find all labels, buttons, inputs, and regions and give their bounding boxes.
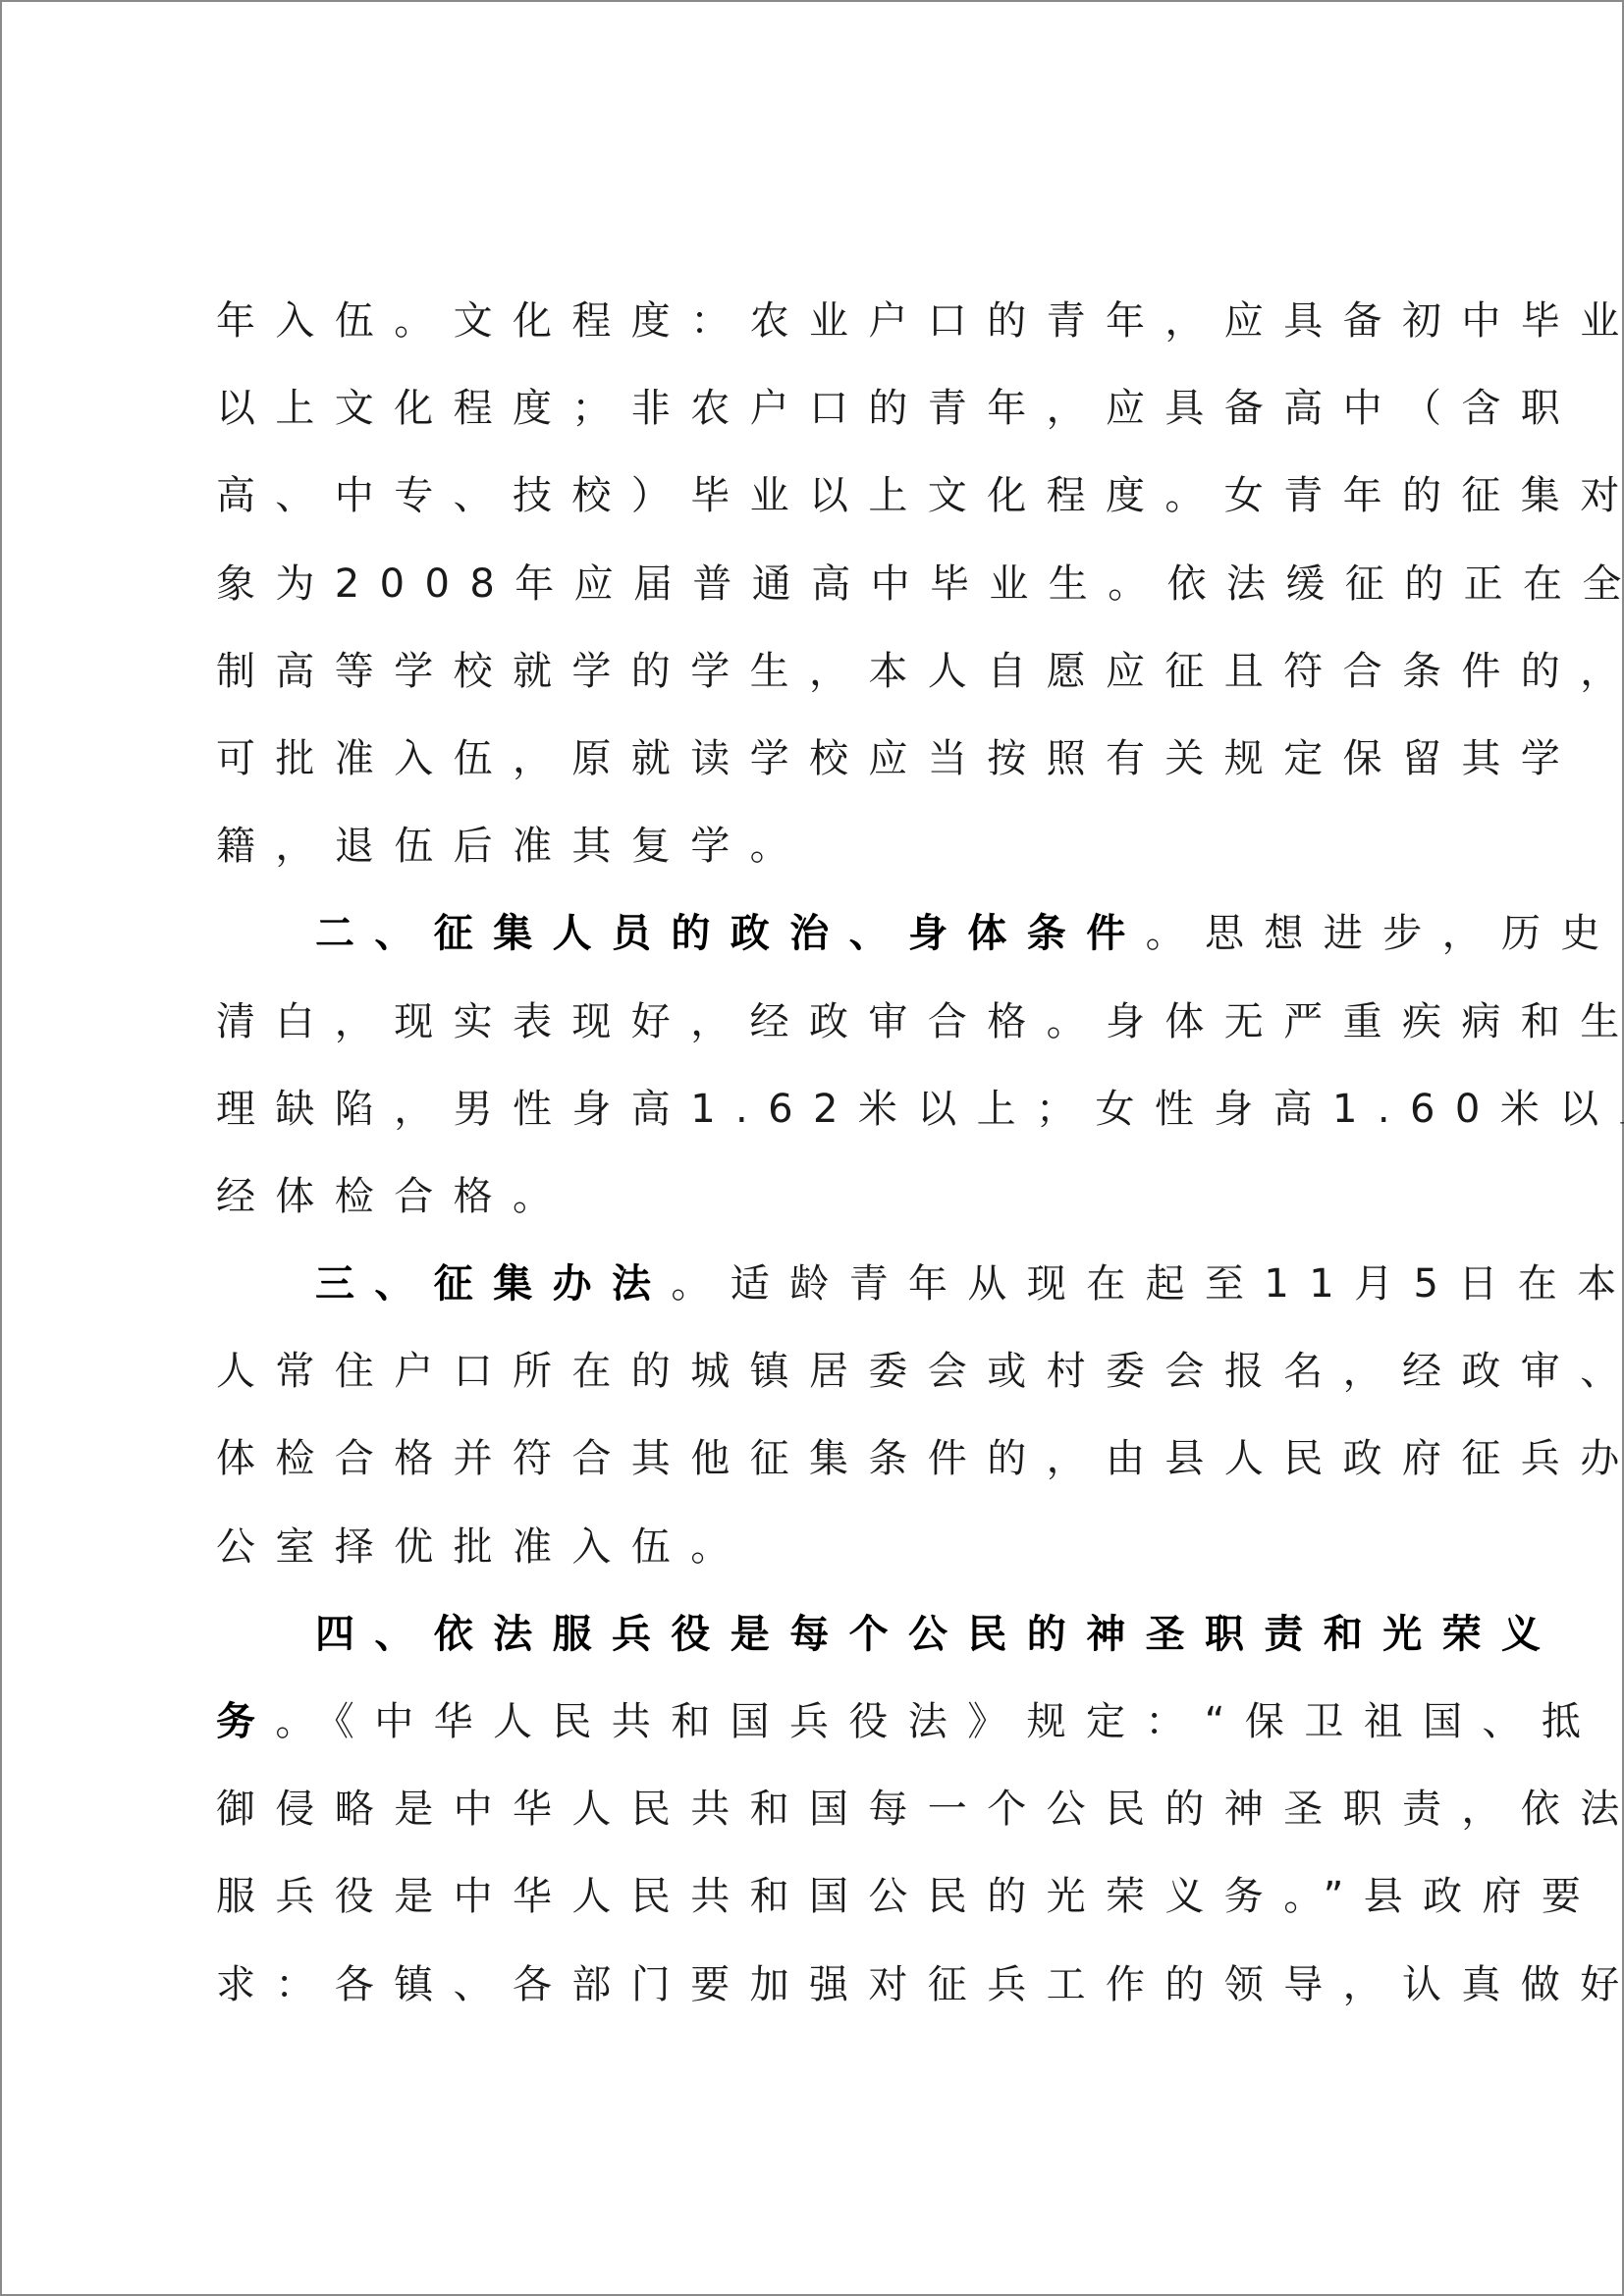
text-line: 体检合格并符合其他征集条件的，由县人民政府征兵办 bbox=[216, 1434, 1434, 1522]
text-line: 年入伍。文化程度：农业户口的青年，应具备初中毕业 bbox=[216, 296, 1434, 384]
section-heading: 四、依法服兵役是每个公民的神圣职责和光荣义 bbox=[315, 1612, 1560, 1657]
document-page: 年入伍。文化程度：农业户口的青年，应具备初中毕业 以上文化程度；非农户口的青年，… bbox=[0, 0, 1624, 2296]
section-heading: 三、征集办法 bbox=[315, 1261, 671, 1307]
text-line: 清白，现实表现好，经政审合格。身体无严重疾病和生 bbox=[216, 997, 1434, 1085]
text-line: 三、征集办法。适龄青年从现在起至11月5日在本 bbox=[216, 1259, 1434, 1347]
text-line: 务。《中华人民共和国兵役法》规定：“保卫祖国、抵 bbox=[216, 1697, 1434, 1785]
text-line: 象为2008年应届普通高中毕业生。依法缓征的正在全日 bbox=[216, 560, 1434, 647]
paragraph-section-2-conditions: 二、征集人员的政治、身体条件。思想进步，历史 清白，现实表现好，经政审合格。身体… bbox=[216, 909, 1434, 1259]
text-line: 籍，退伍后准其复学。 bbox=[216, 822, 1434, 909]
text-line: 高、中专、技校）毕业以上文化程度。女青年的征集对 bbox=[216, 471, 1434, 559]
text-line: 求：各镇、各部门要加强对征兵工作的领导，认真做好 bbox=[216, 1960, 1434, 2048]
text-line: 二、征集人员的政治、身体条件。思想进步，历史 bbox=[216, 909, 1434, 996]
paragraph-section-4-duty: 四、依法服兵役是每个公民的神圣职责和光荣义 务。《中华人民共和国兵役法》规定：“… bbox=[216, 1610, 1434, 2048]
document-body: 年入伍。文化程度：农业户口的青年，应具备初中毕业 以上文化程度；非农户口的青年，… bbox=[216, 296, 1434, 2048]
text-line: 以上文化程度；非农户口的青年，应具备高中（含职 bbox=[216, 384, 1434, 471]
text-line: 公室择优批准入伍。 bbox=[216, 1522, 1434, 1610]
section-heading-continued: 务 bbox=[216, 1699, 275, 1744]
text-line: 可批准入伍，原就读学校应当按照有关规定保留其学 bbox=[216, 734, 1434, 822]
text-line: 服兵役是中华人民共和国公民的光荣义务。”县政府要 bbox=[216, 1872, 1434, 1959]
text-line: 经体检合格。 bbox=[216, 1172, 1434, 1259]
section-heading: 二、征集人员的政治、身体条件 bbox=[315, 911, 1146, 956]
text-line: 御侵略是中华人民共和国每一个公民的神圣职责，依法 bbox=[216, 1785, 1434, 1872]
text-line: 制高等学校就学的学生，本人自愿应征且符合条件的， bbox=[216, 647, 1434, 734]
paragraph-education-requirements: 年入伍。文化程度：农业户口的青年，应具备初中毕业 以上文化程度；非农户口的青年，… bbox=[216, 296, 1434, 909]
text-line: 人常住户口所在的城镇居委会或村委会报名，经政审、 bbox=[216, 1347, 1434, 1434]
paragraph-section-3-method: 三、征集办法。适龄青年从现在起至11月5日在本 人常住户口所在的城镇居委会或村委… bbox=[216, 1259, 1434, 1610]
text-line: 理缺陷，男性身高1.62米以上；女性身高1.60米以上， bbox=[216, 1085, 1434, 1172]
text-line: 四、依法服兵役是每个公民的神圣职责和光荣义 bbox=[216, 1610, 1434, 1697]
